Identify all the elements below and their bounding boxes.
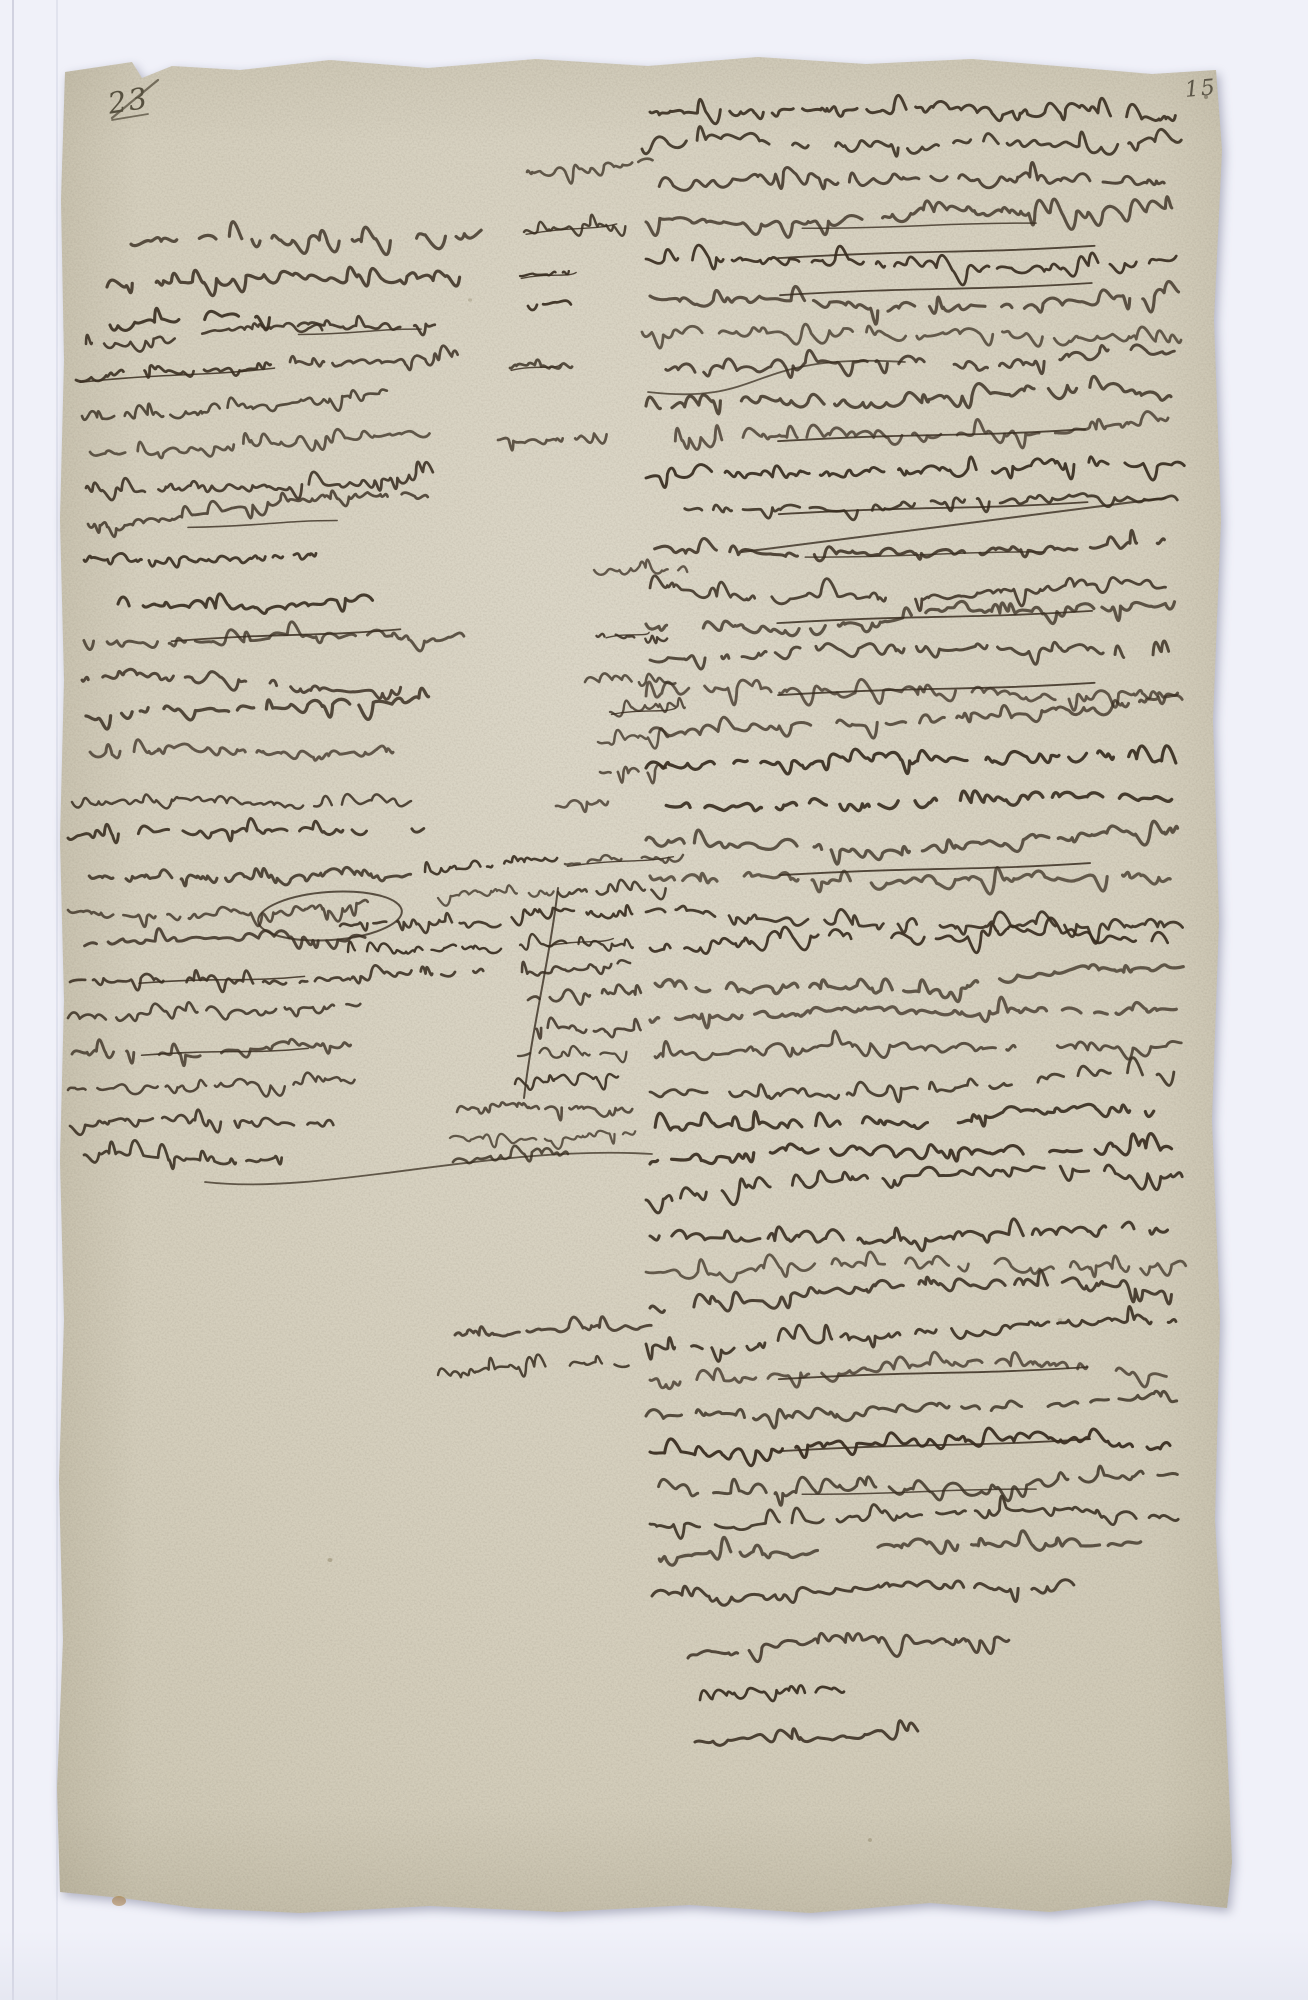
folio-number: 15 <box>1184 77 1218 102</box>
manuscript-sheet-svg <box>0 0 1308 2000</box>
folio-number-crossed-out: 23 <box>106 84 151 119</box>
scanned-manuscript-page: 23 15 <box>0 0 1308 2000</box>
